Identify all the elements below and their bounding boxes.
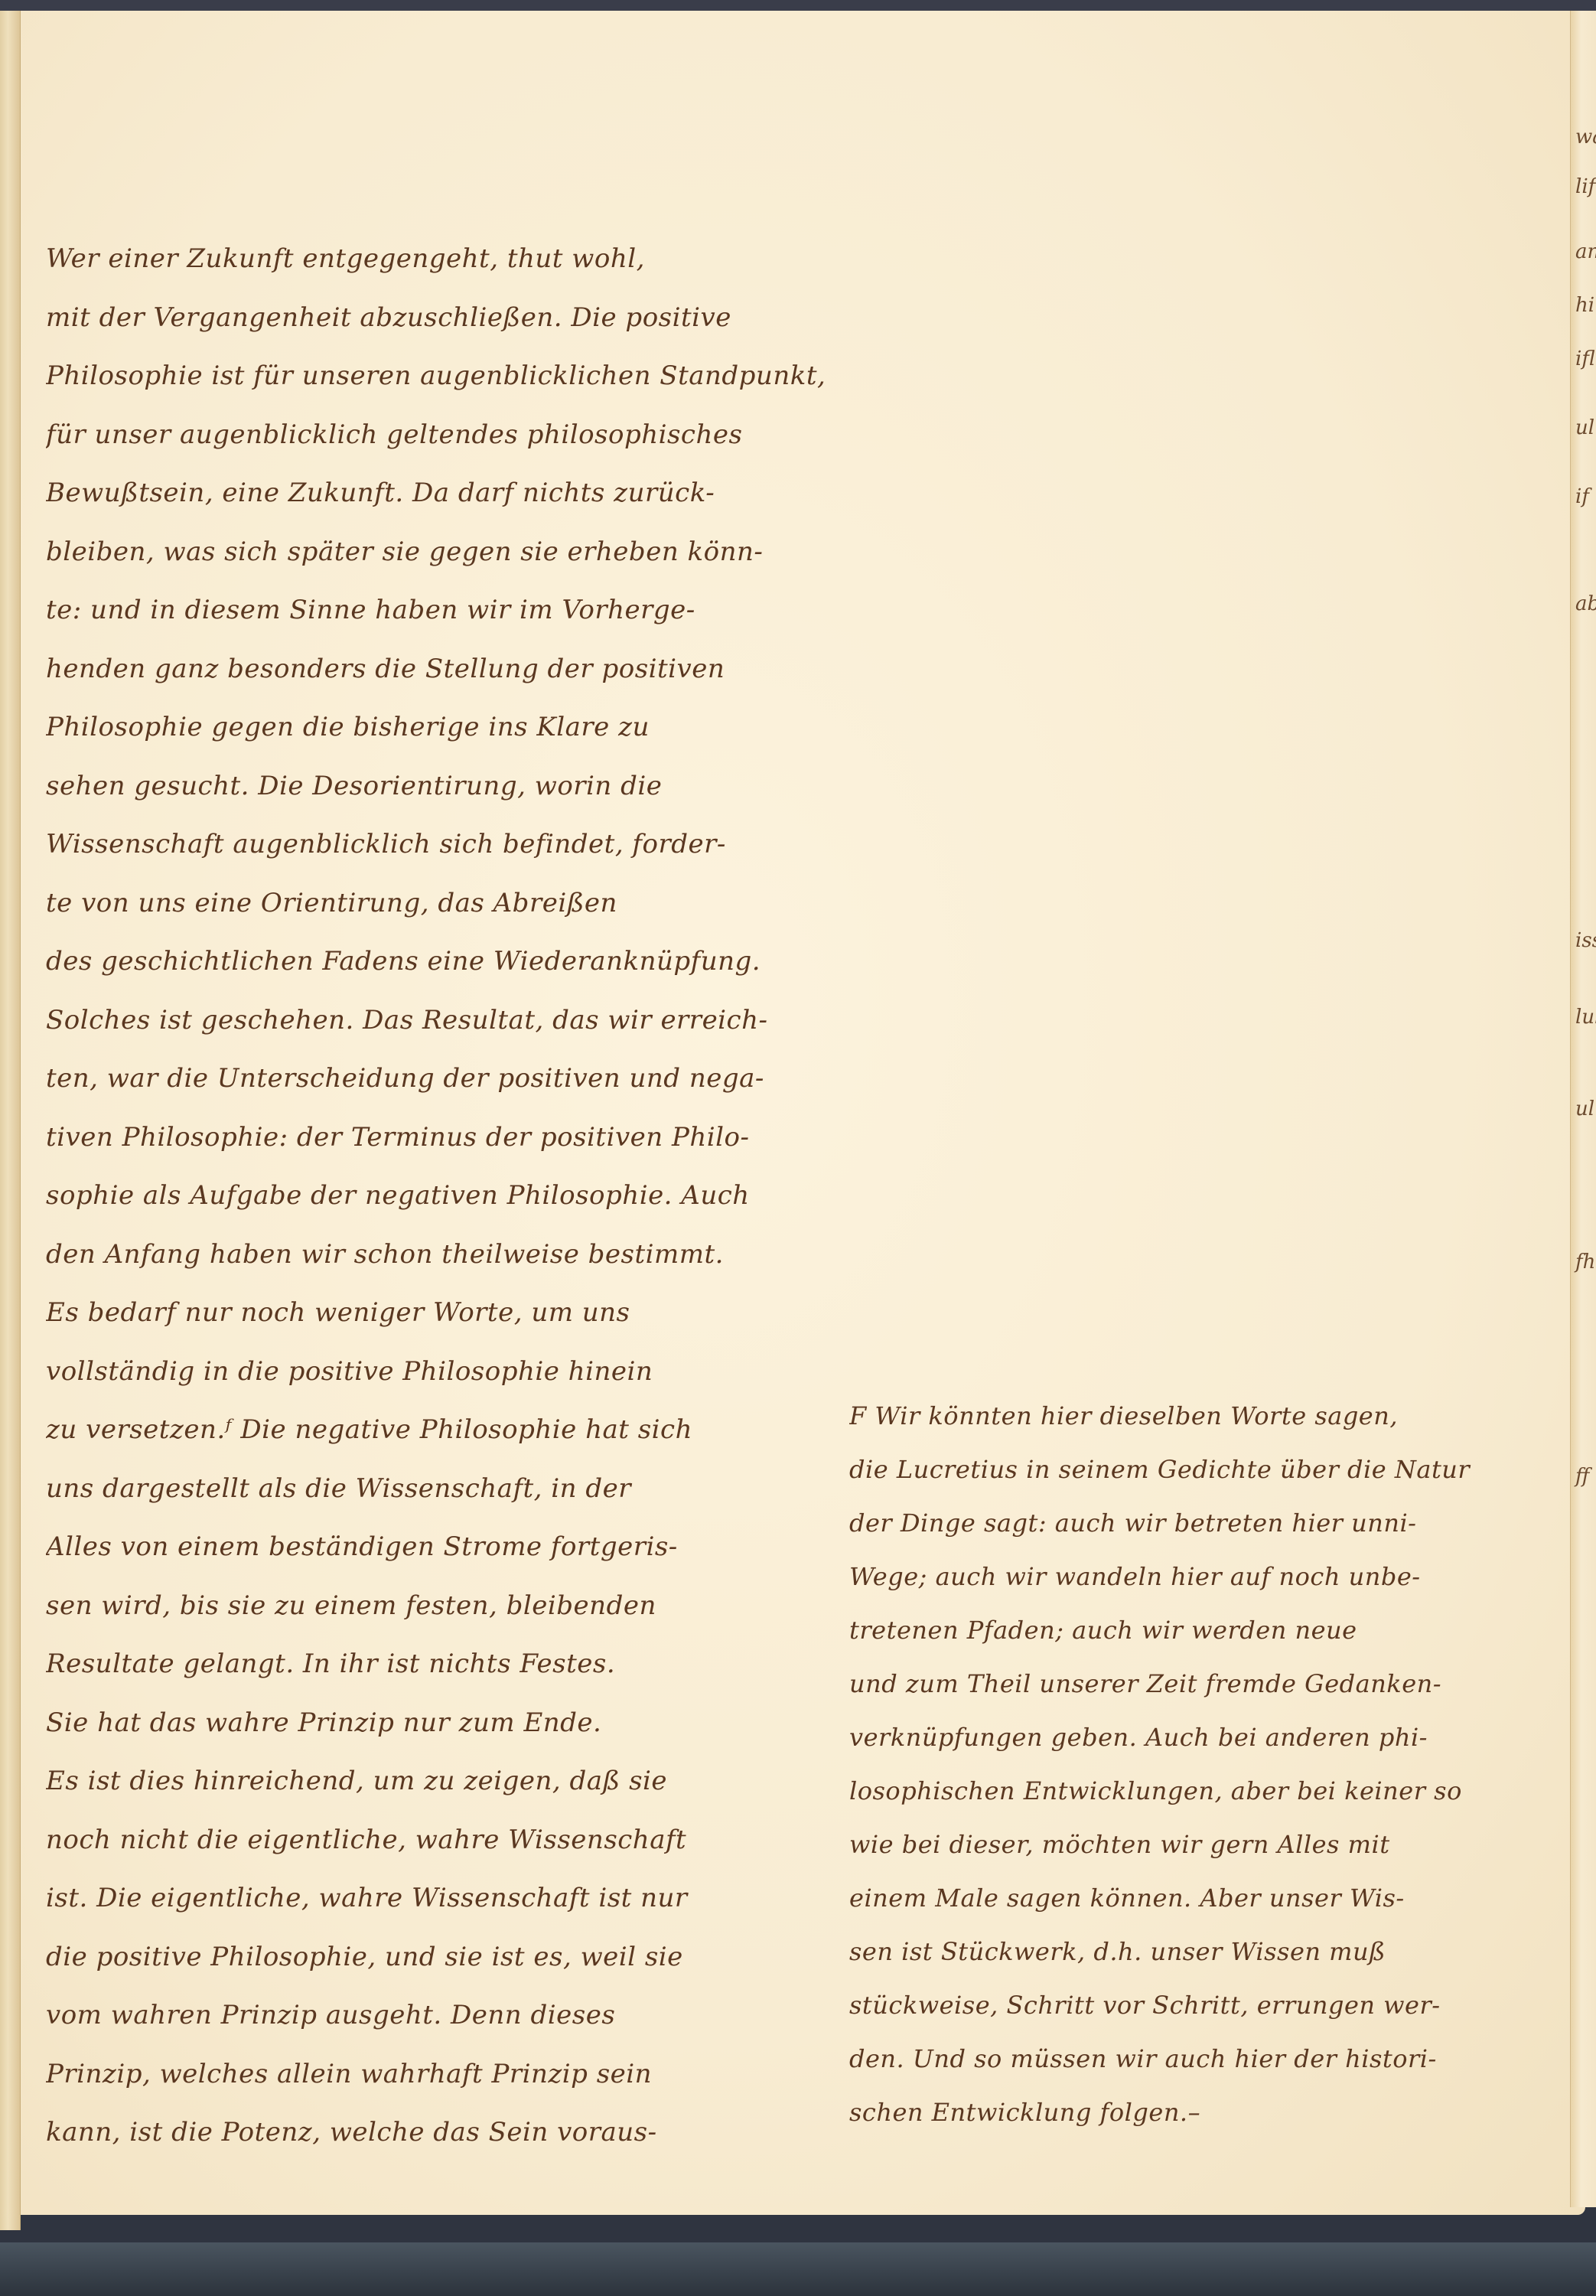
text-line: vom wahren Prinzip ausgeht. Denn dieses xyxy=(46,1986,842,2045)
text-line: für unser augenblicklich geltendes philo… xyxy=(46,406,842,465)
text-line: uns dargestellt als die Wissenschaft, in… xyxy=(46,1459,842,1518)
next-page-fragment: ifl xyxy=(1575,347,1595,370)
text-line: noch nicht die eigentliche, wahre Wissen… xyxy=(46,1811,842,1870)
next-page-fragment: fh xyxy=(1575,1251,1595,1274)
text-line: Resultate gelangt. In ihr ist nichts Fes… xyxy=(46,1635,842,1694)
text-line: Philosophie ist für unseren augenblickli… xyxy=(46,347,842,406)
footnote-line: den. Und so müssen wir auch hier der his… xyxy=(849,2032,1568,2086)
text-line: ten, war die Unterscheidung der positive… xyxy=(46,1049,842,1108)
text-line: Wer einer Zukunft entgegengeht, thut woh… xyxy=(46,230,842,289)
book-gutter xyxy=(0,11,21,2230)
text-line: kann, ist die Potenz, welche das Sein vo… xyxy=(46,2103,842,2162)
next-page-fragment: ul xyxy=(1575,1097,1594,1120)
text-line: bleiben, was sich später sie gegen sie e… xyxy=(46,523,842,582)
footnote-line: schen Entwicklung folgen.– xyxy=(849,2086,1568,2139)
text-line: Es ist dies hinreichend, um zu zeigen, d… xyxy=(46,1752,842,1811)
text-line: te: und in diesem Sinne haben wir im Vor… xyxy=(46,581,842,640)
next-page-fragment: hi xyxy=(1575,294,1594,317)
text-line: sophie als Aufgabe der negativen Philoso… xyxy=(46,1166,842,1225)
footnote-line: sen ist Stückwerk, d.h. unser Wissen muß xyxy=(849,1925,1568,1978)
footnote-line: tretenen Pfaden; auch wir werden neue xyxy=(849,1603,1568,1657)
next-page-fragment: iss xyxy=(1575,929,1596,952)
next-page-fragment: ff xyxy=(1575,1465,1589,1488)
next-page-edge: wa lif an hi ifl ul if ab iss lubu ul fh… xyxy=(1570,11,1596,2207)
text-line: Alles von einem beständigen Strome fortg… xyxy=(46,1518,842,1577)
text-line: sen wird, bis sie zu einem festen, bleib… xyxy=(46,1577,842,1636)
text-line: henden ganz besonders die Stellung der p… xyxy=(46,640,842,699)
footnote-line: F Wir könnten hier dieselben Worte sagen… xyxy=(849,1389,1568,1443)
text-line: Bewußtsein, eine Zukunft. Da darf nichts… xyxy=(46,464,842,523)
next-page-fragment: ab xyxy=(1575,592,1596,615)
footnote-line: verknüpfungen geben. Auch bei anderen ph… xyxy=(849,1711,1568,1764)
text-line: Sie hat das wahre Prinzip nur zum Ende. xyxy=(46,1694,842,1753)
footnote-line: und zum Theil unserer Zeit fremde Gedank… xyxy=(849,1657,1568,1711)
next-page-fragment: lif xyxy=(1575,175,1595,198)
next-page-fragment: ul xyxy=(1575,416,1594,439)
footnote-line: stückweise, Schritt vor Schritt, errunge… xyxy=(849,1978,1568,2032)
text-line: den Anfang haben wir schon theilweise be… xyxy=(46,1225,842,1284)
text-line: sehen gesucht. Die Desorientirung, worin… xyxy=(46,757,842,816)
text-line: Philosophie gegen die bisherige ins Klar… xyxy=(46,698,842,757)
main-text-column: Wer einer Zukunft entgegengeht, thut woh… xyxy=(46,230,842,2162)
text-line: Wissenschaft augenblicklich sich befinde… xyxy=(46,815,842,874)
next-page-fragment: lubu xyxy=(1575,1006,1596,1029)
footnote-line: der Dinge sagt: auch wir betreten hier u… xyxy=(849,1496,1568,1550)
scanner-background-bottom xyxy=(0,2242,1596,2296)
text-line: des geschichtlichen Fadens eine Wiederan… xyxy=(46,932,842,991)
text-line: Solches ist geschehen. Das Resultat, das… xyxy=(46,991,842,1050)
text-line-with-footnote-ref: zu versetzen.ᶠ Die negative Philosophie … xyxy=(46,1401,842,1459)
footnote-column: F Wir könnten hier dieselben Worte sagen… xyxy=(849,1389,1568,2139)
next-page-fragment: wa xyxy=(1575,126,1596,148)
footnote-line: losophischen Entwicklungen, aber bei kei… xyxy=(849,1764,1568,1818)
next-page-fragment: if xyxy=(1575,485,1589,508)
next-page-fragment: an xyxy=(1575,240,1596,263)
text-line: vollständig in die positive Philosophie … xyxy=(46,1342,842,1401)
text-line: te von uns eine Orientirung, das Abreiße… xyxy=(46,874,842,933)
footnote-line: einem Male sagen können. Aber unser Wis- xyxy=(849,1871,1568,1925)
footnote-line: Wege; auch wir wandeln hier auf noch unb… xyxy=(849,1550,1568,1603)
text-line: die positive Philosophie, und sie ist es… xyxy=(46,1928,842,1987)
text-line: tiven Philosophie: der Terminus der posi… xyxy=(46,1108,842,1167)
footnote-line: wie bei dieser, möchten wir gern Alles m… xyxy=(849,1818,1568,1871)
text-line: mit der Vergangenheit abzuschließen. Die… xyxy=(46,289,842,347)
footnote-line: die Lucretius in seinem Gedichte über di… xyxy=(849,1443,1568,1496)
text-line: ist. Die eigentliche, wahre Wissenschaft… xyxy=(46,1869,842,1928)
text-line: Prinzip, welches allein wahrhaft Prinzip… xyxy=(46,2045,842,2104)
text-line: Es bedarf nur noch weniger Worte, um uns xyxy=(46,1283,842,1342)
